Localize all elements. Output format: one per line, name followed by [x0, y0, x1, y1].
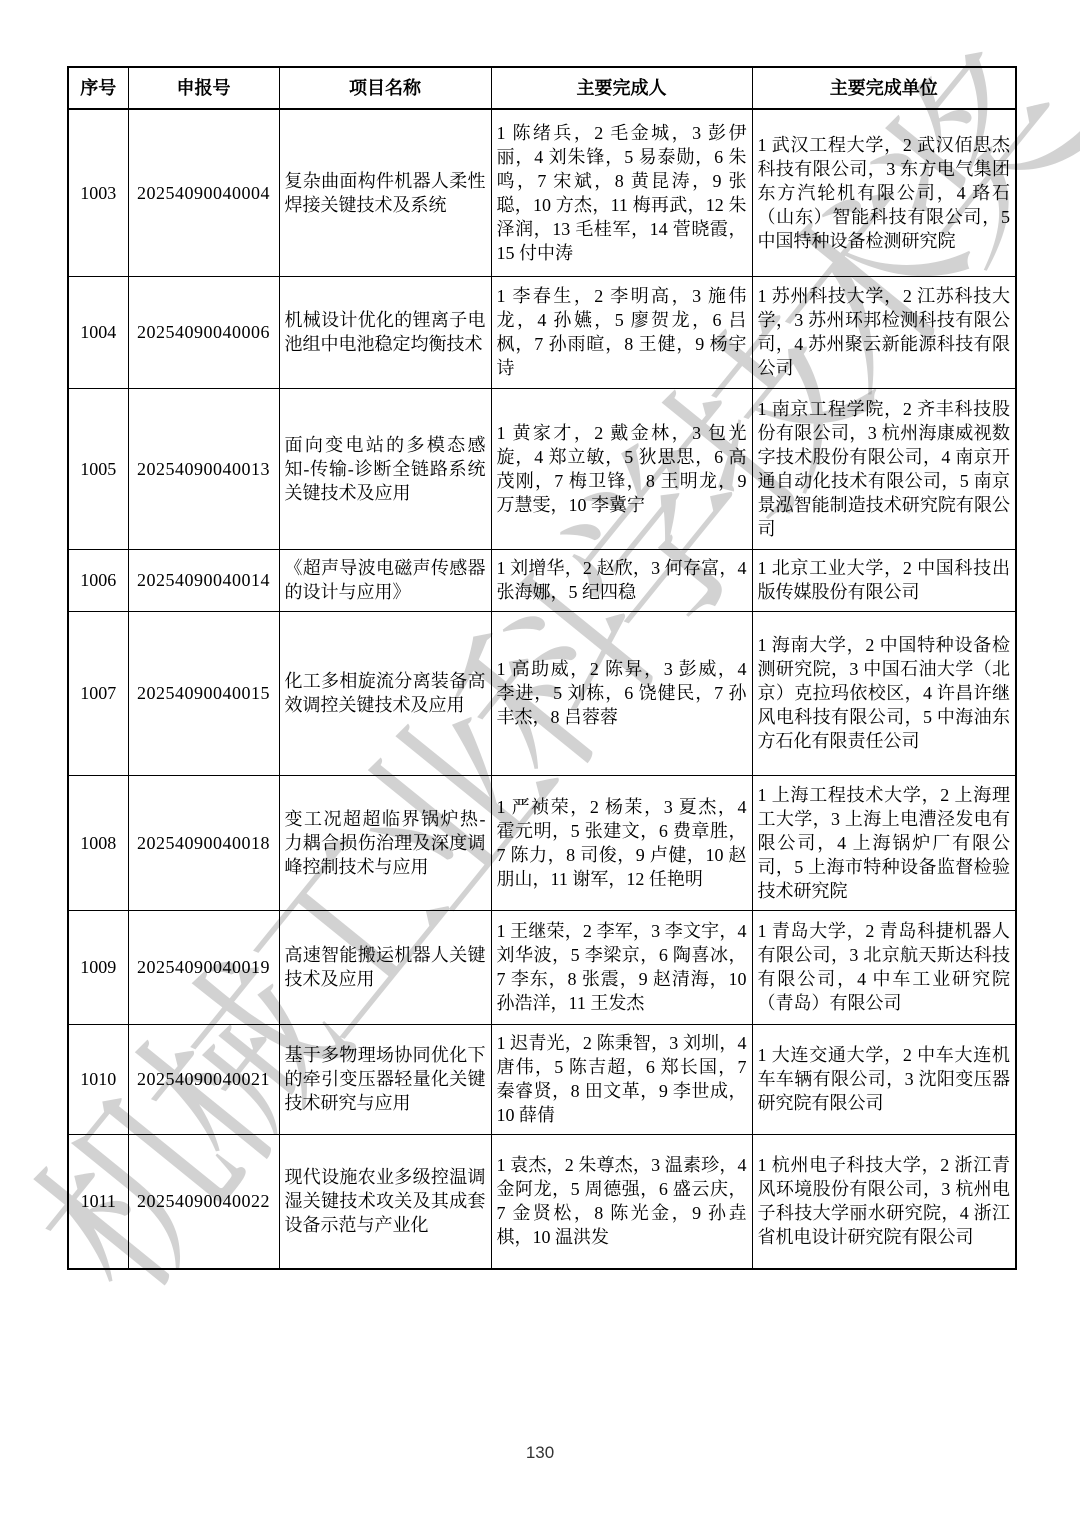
table-body: 1003 20254090040004 复杂曲面构件机器人柔性焊接关键技术及系统… [68, 109, 1016, 1269]
cell-serial-number: 1003 [68, 109, 128, 276]
cell-serial-number: 1004 [68, 276, 128, 388]
cell-main-contributors: 1 高助威，2 陈昇，3 彭威，4 李进，5 刘栋，6 饶健民，7 孙丰杰，8 … [491, 611, 752, 775]
table-row: 1003 20254090040004 复杂曲面构件机器人柔性焊接关键技术及系统… [68, 109, 1016, 276]
cell-serial-number: 1011 [68, 1134, 128, 1269]
cell-main-contributors: 1 袁杰，2 朱尊杰，3 温素珍，4 金阿龙，5 周德强，6 盛云庆，7 金贤松… [491, 1134, 752, 1269]
cell-main-contributors: 1 迟青光，2 陈秉智，3 刘圳，4 唐伟，5 陈吉超，6 郑长国，7 秦睿贤，… [491, 1024, 752, 1134]
header-row: 序号 申报号 项目名称 主要完成人 主要完成单位 [68, 67, 1016, 109]
award-project-table: 序号 申报号 项目名称 主要完成人 主要完成单位 1003 2025409004… [67, 66, 1017, 1270]
cell-project-name: 化工多相旋流分离装备高效调控关键技术及应用 [279, 611, 491, 775]
header-serial-number: 序号 [68, 67, 128, 109]
table-row: 1010 20254090040021 基于多物理场协同优化下的牵引变压器轻量化… [68, 1024, 1016, 1134]
header-main-units: 主要完成单位 [752, 67, 1016, 109]
cell-serial-number: 1007 [68, 611, 128, 775]
cell-serial-number: 1010 [68, 1024, 128, 1134]
cell-main-contributors: 1 王继荣，2 李军，3 李文宇，4 刘华波，5 李梁京，6 陶喜冰，7 李东，… [491, 910, 752, 1024]
cell-main-units: 1 苏州科技大学，2 江苏科技大学，3 苏州环邦检测科技有限公司，4 苏州聚云新… [752, 276, 1016, 388]
cell-application-number: 20254090040019 [128, 910, 279, 1024]
table-row: 1004 20254090040006 机械设计优化的锂离子电池组中电池稳定均衡… [68, 276, 1016, 388]
cell-main-units: 1 南京工程学院，2 齐丰科技股份有限公司，3 杭州海康威视数字技术股份有限公司… [752, 388, 1016, 549]
cell-main-contributors: 1 陈绪兵，2 毛金城，3 彭伊丽，4 刘朱锋，5 易泰勋，6 朱鸣，7 宋斌，… [491, 109, 752, 276]
cell-application-number: 20254090040014 [128, 549, 279, 611]
cell-application-number: 20254090040015 [128, 611, 279, 775]
table-row: 1008 20254090040018 变工况超超临界锅炉热-力耦合损伤治理及深… [68, 775, 1016, 910]
cell-serial-number: 1005 [68, 388, 128, 549]
cell-main-units: 1 大连交通大学，2 中车大连机车车辆有限公司，3 沈阳变压器研究院有限公司 [752, 1024, 1016, 1134]
page-number: 130 [0, 1443, 1080, 1463]
cell-application-number: 20254090040006 [128, 276, 279, 388]
cell-serial-number: 1009 [68, 910, 128, 1024]
cell-project-name: 高速智能搬运机器人关键技术及应用 [279, 910, 491, 1024]
table-row: 1007 20254090040015 化工多相旋流分离装备高效调控关键技术及应… [68, 611, 1016, 775]
cell-main-units: 1 武汉工程大学，2 武汉佰思杰科技有限公司，3 东方电气集团东方汽轮机有限公司… [752, 109, 1016, 276]
cell-main-units: 1 北京工业大学，2 中国科技出版传媒股份有限公司 [752, 549, 1016, 611]
table-header: 序号 申报号 项目名称 主要完成人 主要完成单位 [68, 67, 1016, 109]
document-page: 机械工业科学技术奖 序号 申报号 项目名称 主要完成人 主要完成单位 1003 … [0, 0, 1080, 1527]
cell-main-contributors: 1 严祯荣，2 杨茉，3 夏杰，4 霍元明，5 张建文，6 费章胜，7 陈力，8… [491, 775, 752, 910]
header-project-name: 项目名称 [279, 67, 491, 109]
cell-application-number: 20254090040018 [128, 775, 279, 910]
cell-main-units: 1 青岛大学，2 青岛科捷机器人有限公司，3 北京航天斯达科技有限公司，4 中车… [752, 910, 1016, 1024]
cell-main-units: 1 杭州电子科技大学，2 浙江青风环境股份有限公司，3 杭州电子科技大学丽水研究… [752, 1134, 1016, 1269]
cell-application-number: 20254090040013 [128, 388, 279, 549]
cell-project-name: 机械设计优化的锂离子电池组中电池稳定均衡技术 [279, 276, 491, 388]
table-row: 1011 20254090040022 现代设施农业多级控温调湿关键技术攻关及其… [68, 1134, 1016, 1269]
cell-serial-number: 1006 [68, 549, 128, 611]
header-application-number: 申报号 [128, 67, 279, 109]
cell-project-name: 面向变电站的多模态感知-传输-诊断全链路系统关键技术及应用 [279, 388, 491, 549]
cell-application-number: 20254090040022 [128, 1134, 279, 1269]
table-row: 1006 20254090040014 《超声导波电磁声传感器的设计与应用》 1… [68, 549, 1016, 611]
cell-application-number: 20254090040021 [128, 1024, 279, 1134]
cell-application-number: 20254090040004 [128, 109, 279, 276]
cell-main-contributors: 1 黄家才，2 戴金林，3 包光旋，4 郑立敏，5 狄思思，6 高茂刚，7 梅卫… [491, 388, 752, 549]
cell-project-name: 复杂曲面构件机器人柔性焊接关键技术及系统 [279, 109, 491, 276]
table-row: 1009 20254090040019 高速智能搬运机器人关键技术及应用 1 王… [68, 910, 1016, 1024]
cell-project-name: 基于多物理场协同优化下的牵引变压器轻量化关键技术研究与应用 [279, 1024, 491, 1134]
cell-project-name: 变工况超超临界锅炉热-力耦合损伤治理及深度调峰控制技术与应用 [279, 775, 491, 910]
cell-main-units: 1 上海工程技术大学，2 上海理工大学，3 上海上电漕泾发电有限公司，4 上海锅… [752, 775, 1016, 910]
cell-main-units: 1 海南大学，2 中国特种设备检测研究院，3 中国石油大学（北京）克拉玛依校区，… [752, 611, 1016, 775]
cell-main-contributors: 1 李春生，2 李明高，3 施伟龙，4 孙嬿，5 廖贺龙，6 吕枫，7 孙雨暄，… [491, 276, 752, 388]
cell-main-contributors: 1 刘增华，2 赵欣，3 何存富，4 张海娜，5 纪四稳 [491, 549, 752, 611]
header-main-contributors: 主要完成人 [491, 67, 752, 109]
cell-project-name: 《超声导波电磁声传感器的设计与应用》 [279, 549, 491, 611]
cell-serial-number: 1008 [68, 775, 128, 910]
table-row: 1005 20254090040013 面向变电站的多模态感知-传输-诊断全链路… [68, 388, 1016, 549]
cell-project-name: 现代设施农业多级控温调湿关键技术攻关及其成套设备示范与产业化 [279, 1134, 491, 1269]
